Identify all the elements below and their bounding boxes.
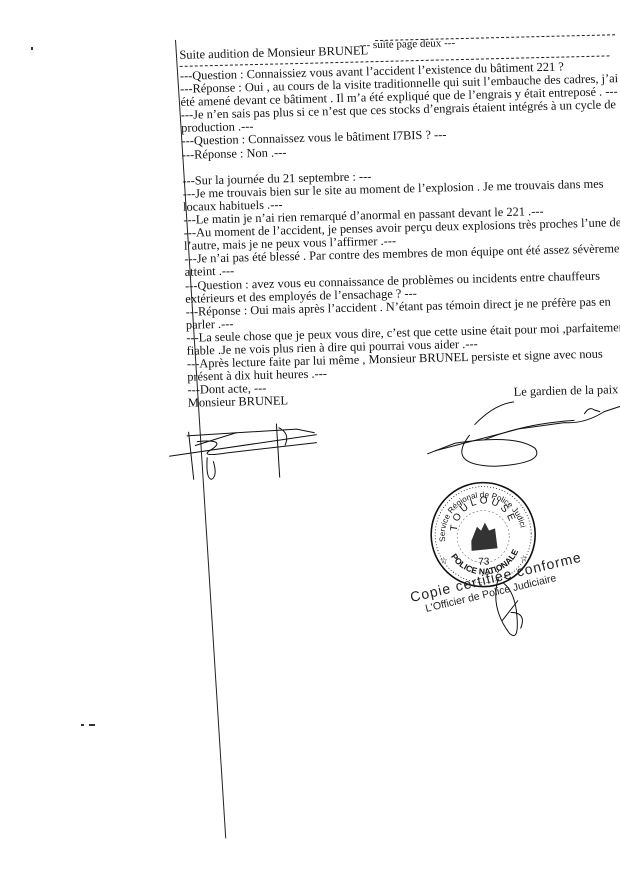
statement-sheet: Suite audition de Monsieur BRUNEL --- su…: [175, 29, 620, 860]
signature-right-icon: [424, 391, 620, 471]
document-header: Suite audition de Monsieur BRUNEL --- su…: [179, 43, 368, 63]
scan-speck: [89, 724, 95, 726]
scanned-page: Suite audition de Monsieur BRUNEL --- su…: [0, 0, 620, 877]
svg-text:☆: ☆: [440, 555, 448, 565]
seal-number: 73: [478, 556, 490, 567]
header-continuation: --- suite page deux ---: [359, 37, 455, 51]
signature-left-icon: [166, 418, 337, 482]
scan-speck: [81, 724, 84, 726]
scan-speck: [31, 47, 33, 50]
statement-body: ---Question : Connaissiez vous avant l’a…: [180, 59, 620, 410]
header-title: Suite audition de Monsieur BRUNEL: [179, 43, 368, 62]
